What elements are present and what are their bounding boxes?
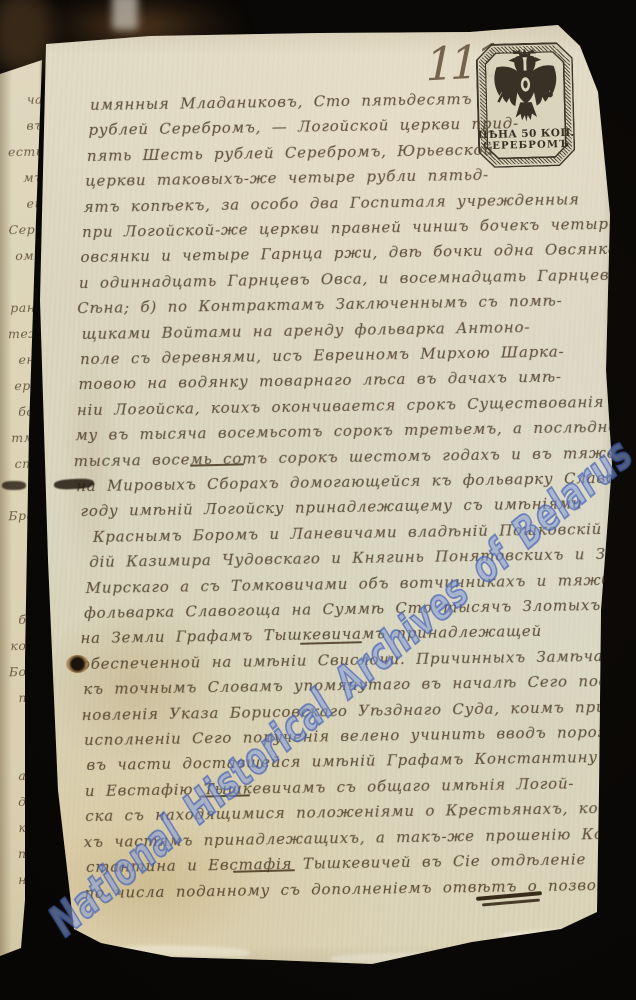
archival-document-photograph: чавъестьмъейСереомъъранстеженеерс-бойтми… bbox=[0, 0, 636, 1000]
previous-page-line-fragment: стп bbox=[3, 456, 43, 472]
previous-page-line-fragment: ене bbox=[3, 352, 43, 368]
handwritten-line: дій Казимира Чудовскаго и Княгинь Понято… bbox=[89, 544, 607, 574]
previous-page-line-fragment: пок bbox=[3, 690, 43, 706]
manuscript-page: 111 bbox=[0, 0, 636, 1000]
previous-page-line-fragment: омъ bbox=[3, 248, 43, 264]
handwritten-line: пять Шесть рублей Серебромъ, Юрьевской bbox=[87, 140, 447, 168]
previous-page-line-fragment: ъ bbox=[3, 274, 43, 290]
manuscript-text-block: имянныя Младаниковъ, Сто пятьдесятърубле… bbox=[0, 0, 636, 1000]
handwritten-line: по числа поданному съ дополненіемъ отвѣт… bbox=[84, 877, 476, 905]
previous-page-line-fragment: въ bbox=[3, 534, 43, 550]
previous-page-line-fragment: кой bbox=[3, 820, 43, 836]
previous-page-line-fragment: дол bbox=[3, 794, 43, 810]
handwritten-line: къ точнымъ Словамъ упомянутаго въ началѣ… bbox=[83, 671, 609, 701]
previous-page-line-fragment: е bbox=[3, 742, 43, 758]
handwritten-line: Сѣна; б) по Контрактамъ Заключеннымъ съ … bbox=[77, 290, 603, 320]
handwritten-line: ска съ находящимися положеніями о Кресть… bbox=[85, 798, 611, 828]
previous-page-line-fragment: Брод bbox=[3, 508, 43, 524]
paper-hole bbox=[66, 655, 89, 673]
previous-page-line-fragment: ане bbox=[3, 768, 43, 784]
previous-page-line-fragment: есть bbox=[3, 144, 43, 160]
ink-smear bbox=[2, 481, 26, 490]
previous-page-line-fragment: ерс- bbox=[3, 378, 43, 394]
previous-page-edge: чавъестьмъейСереомъъранстеженеерс-бойтми… bbox=[0, 0, 46, 1000]
previous-page-line-fragment: ей bbox=[3, 196, 43, 212]
previous-page-line-fragment: Борк bbox=[3, 664, 43, 680]
previous-page-line-fragment: за bbox=[3, 586, 43, 602]
previous-page-line-fragment: ве bbox=[3, 560, 43, 576]
handwritten-line: имянныя Младаниковъ, Сто пятьдесятъ bbox=[90, 89, 442, 117]
previous-page-line-fragment: Сере bbox=[3, 222, 43, 238]
handwritten-line: овсянки и четыре Гарнца ржи, двѣ бочки о… bbox=[80, 239, 602, 269]
previous-page-line-fragment: пер bbox=[3, 846, 43, 862]
previous-page-line-fragment: бра bbox=[3, 612, 43, 628]
handwritten-line: году имѣній Логойску принадлежащему съ и… bbox=[80, 493, 604, 523]
previous-page-line-fragment: ковъ bbox=[3, 638, 43, 654]
handwritten-line: товою на водянку товарнаго лѣса въ дачах… bbox=[78, 366, 604, 396]
previous-page-line-fragment: ва bbox=[3, 898, 43, 914]
previous-page-line-fragment: мъ bbox=[3, 170, 43, 186]
handwritten-line: му въ тысяча восемьсотъ сорокъ третьемъ,… bbox=[75, 417, 607, 447]
previous-page-line-fragment: м bbox=[3, 716, 43, 732]
handwritten-line: рублей Серебромъ, — Логойской церкви при… bbox=[88, 114, 450, 142]
previous-page-line-fragment: бой bbox=[3, 404, 43, 420]
previous-page-line-fragment: ранс bbox=[3, 300, 43, 316]
previous-page-line-fragment: тми bbox=[3, 430, 43, 446]
previous-page-line-fragment: въ bbox=[3, 118, 43, 134]
background-light-object bbox=[112, 0, 138, 30]
previous-page-line-fragment: ча bbox=[3, 92, 43, 108]
handwritten-line: стантина и Евстафія Тышкевичей въ Сіе от… bbox=[86, 849, 608, 879]
handwritten-line: церкви таковыхъ-же четыре рубли пятьд- bbox=[85, 165, 451, 193]
previous-page-line-fragment: них bbox=[3, 872, 43, 888]
handwritten-line: въ части доставшейся имѣній Графамъ Конс… bbox=[86, 747, 606, 777]
handwritten-line: на Земли Графамъ Тышкевичамъ принадлежащ… bbox=[80, 620, 574, 650]
previous-page-line-fragment: теж bbox=[3, 326, 43, 342]
